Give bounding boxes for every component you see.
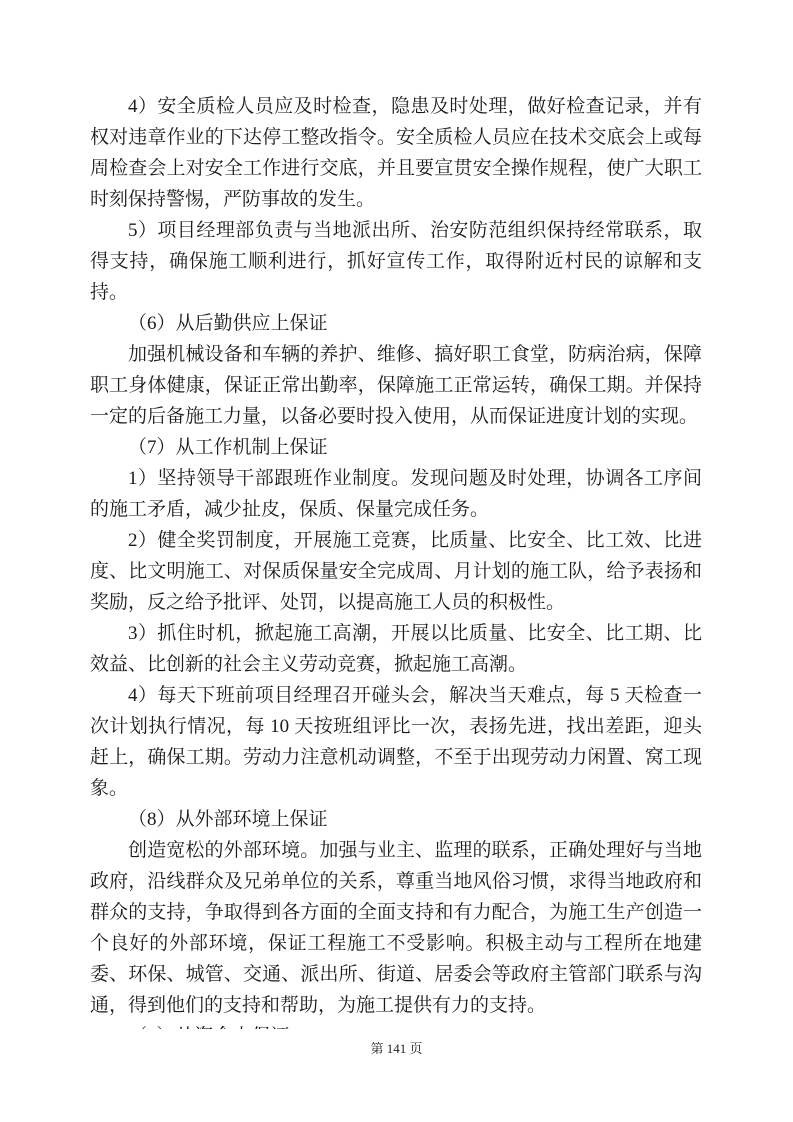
list-item-paragraph: 5）项目经理部负责与当地派出所、治安防范组织保持经常联系，取得支持，确保施工顺利… xyxy=(90,215,702,308)
section-heading: （7）从工作机制上保证 xyxy=(90,432,702,463)
list-item-paragraph: 1）坚持领导干部跟班作业制度。发现问题及时处理，协调各工序间的施工矛盾，减少扯皮… xyxy=(90,463,702,525)
document-page: 4）安全质检人员应及时检查，隐患及时处理，做好检查记录，并有权对违章作业的下达停… xyxy=(0,0,793,1122)
page-number: 第 141 页 xyxy=(370,1041,422,1056)
list-item-paragraph: 4）每天下班前项目经理召开碰头会，解决当天难点，每 5 天检查一次计划执行情况，… xyxy=(90,680,702,804)
list-item-paragraph: 2）健全奖罚制度，开展施工竞赛，比质量、比安全、比工效、比进度、比文明施工、对保… xyxy=(90,525,702,618)
section-heading: （9）从资金上保证 xyxy=(90,1021,702,1029)
document-body: 4）安全质检人员应及时检查，隐患及时处理，做好检查记录，并有权对违章作业的下达停… xyxy=(90,91,702,1029)
section-heading: （8）从外部环境上保证 xyxy=(90,804,702,835)
page-footer: 第 141 页 xyxy=(0,1038,793,1060)
section-heading: （6）从后勤供应上保证 xyxy=(90,308,702,339)
list-item-paragraph: 4）安全质检人员应及时检查，隐患及时处理，做好检查记录，并有权对违章作业的下达停… xyxy=(90,91,702,215)
list-item-paragraph: 3）抓住时机，掀起施工高潮，开展以比质量、比安全、比工期、比效益、比创新的社会主… xyxy=(90,618,702,680)
body-paragraph: 加强机械设备和车辆的养护、维修、搞好职工食堂，防病治病，保障职工身体健康，保证正… xyxy=(90,339,702,432)
body-paragraph: 创造宽松的外部环境。加强与业主、监理的联系，正确处理好与当地政府，沿线群众及兄弟… xyxy=(90,835,702,1021)
